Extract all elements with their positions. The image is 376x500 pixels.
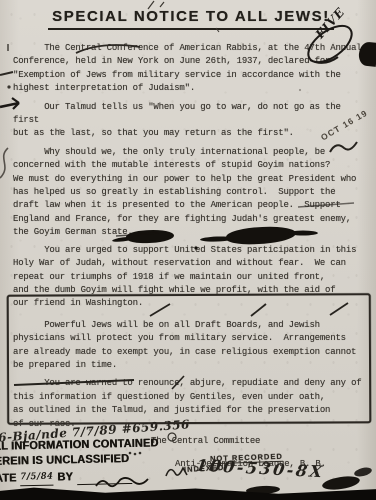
document-paragraph: The Central Conference of American Rabbi… xyxy=(13,42,368,96)
document-paragraph: Our Talmud tells us "When you go to war,… xyxy=(13,101,368,141)
document-paragraph: Why should we, the only truly internatio… xyxy=(13,146,368,240)
document-body: The Central Conference of American Rabbi… xyxy=(13,42,368,472)
declassification-stamp: ALL INFORMATION CONTAINED HEREIN IS UNCL… xyxy=(0,436,159,486)
document-paragraph: You are urged to support United States p… xyxy=(13,244,368,311)
declassification-by-label: BY xyxy=(57,470,73,485)
document-paragraph-boxed: You are warned to renounce, abjure, repu… xyxy=(13,377,368,431)
signature-committee: The Central Committee xyxy=(151,435,368,448)
ink-smudge xyxy=(321,474,360,492)
document-paragraph-boxed: Powerful Jews will be on all Draft Board… xyxy=(13,319,368,373)
declassification-line2: HEREIN IS UNCLASSIFIED xyxy=(0,451,159,469)
document-title: SPECIAL NOTICE TO ALL JEWS! xyxy=(48,8,334,30)
declassification-signature-blank xyxy=(77,470,132,484)
declassification-date-value: 7/5/84 xyxy=(20,470,54,486)
scanned-document-page: SPECIAL NOTICE TO ALL JEWS! The Central … xyxy=(0,0,376,500)
scan-edge-artifact xyxy=(0,486,376,500)
declassification-date-label: DATE xyxy=(0,471,17,486)
